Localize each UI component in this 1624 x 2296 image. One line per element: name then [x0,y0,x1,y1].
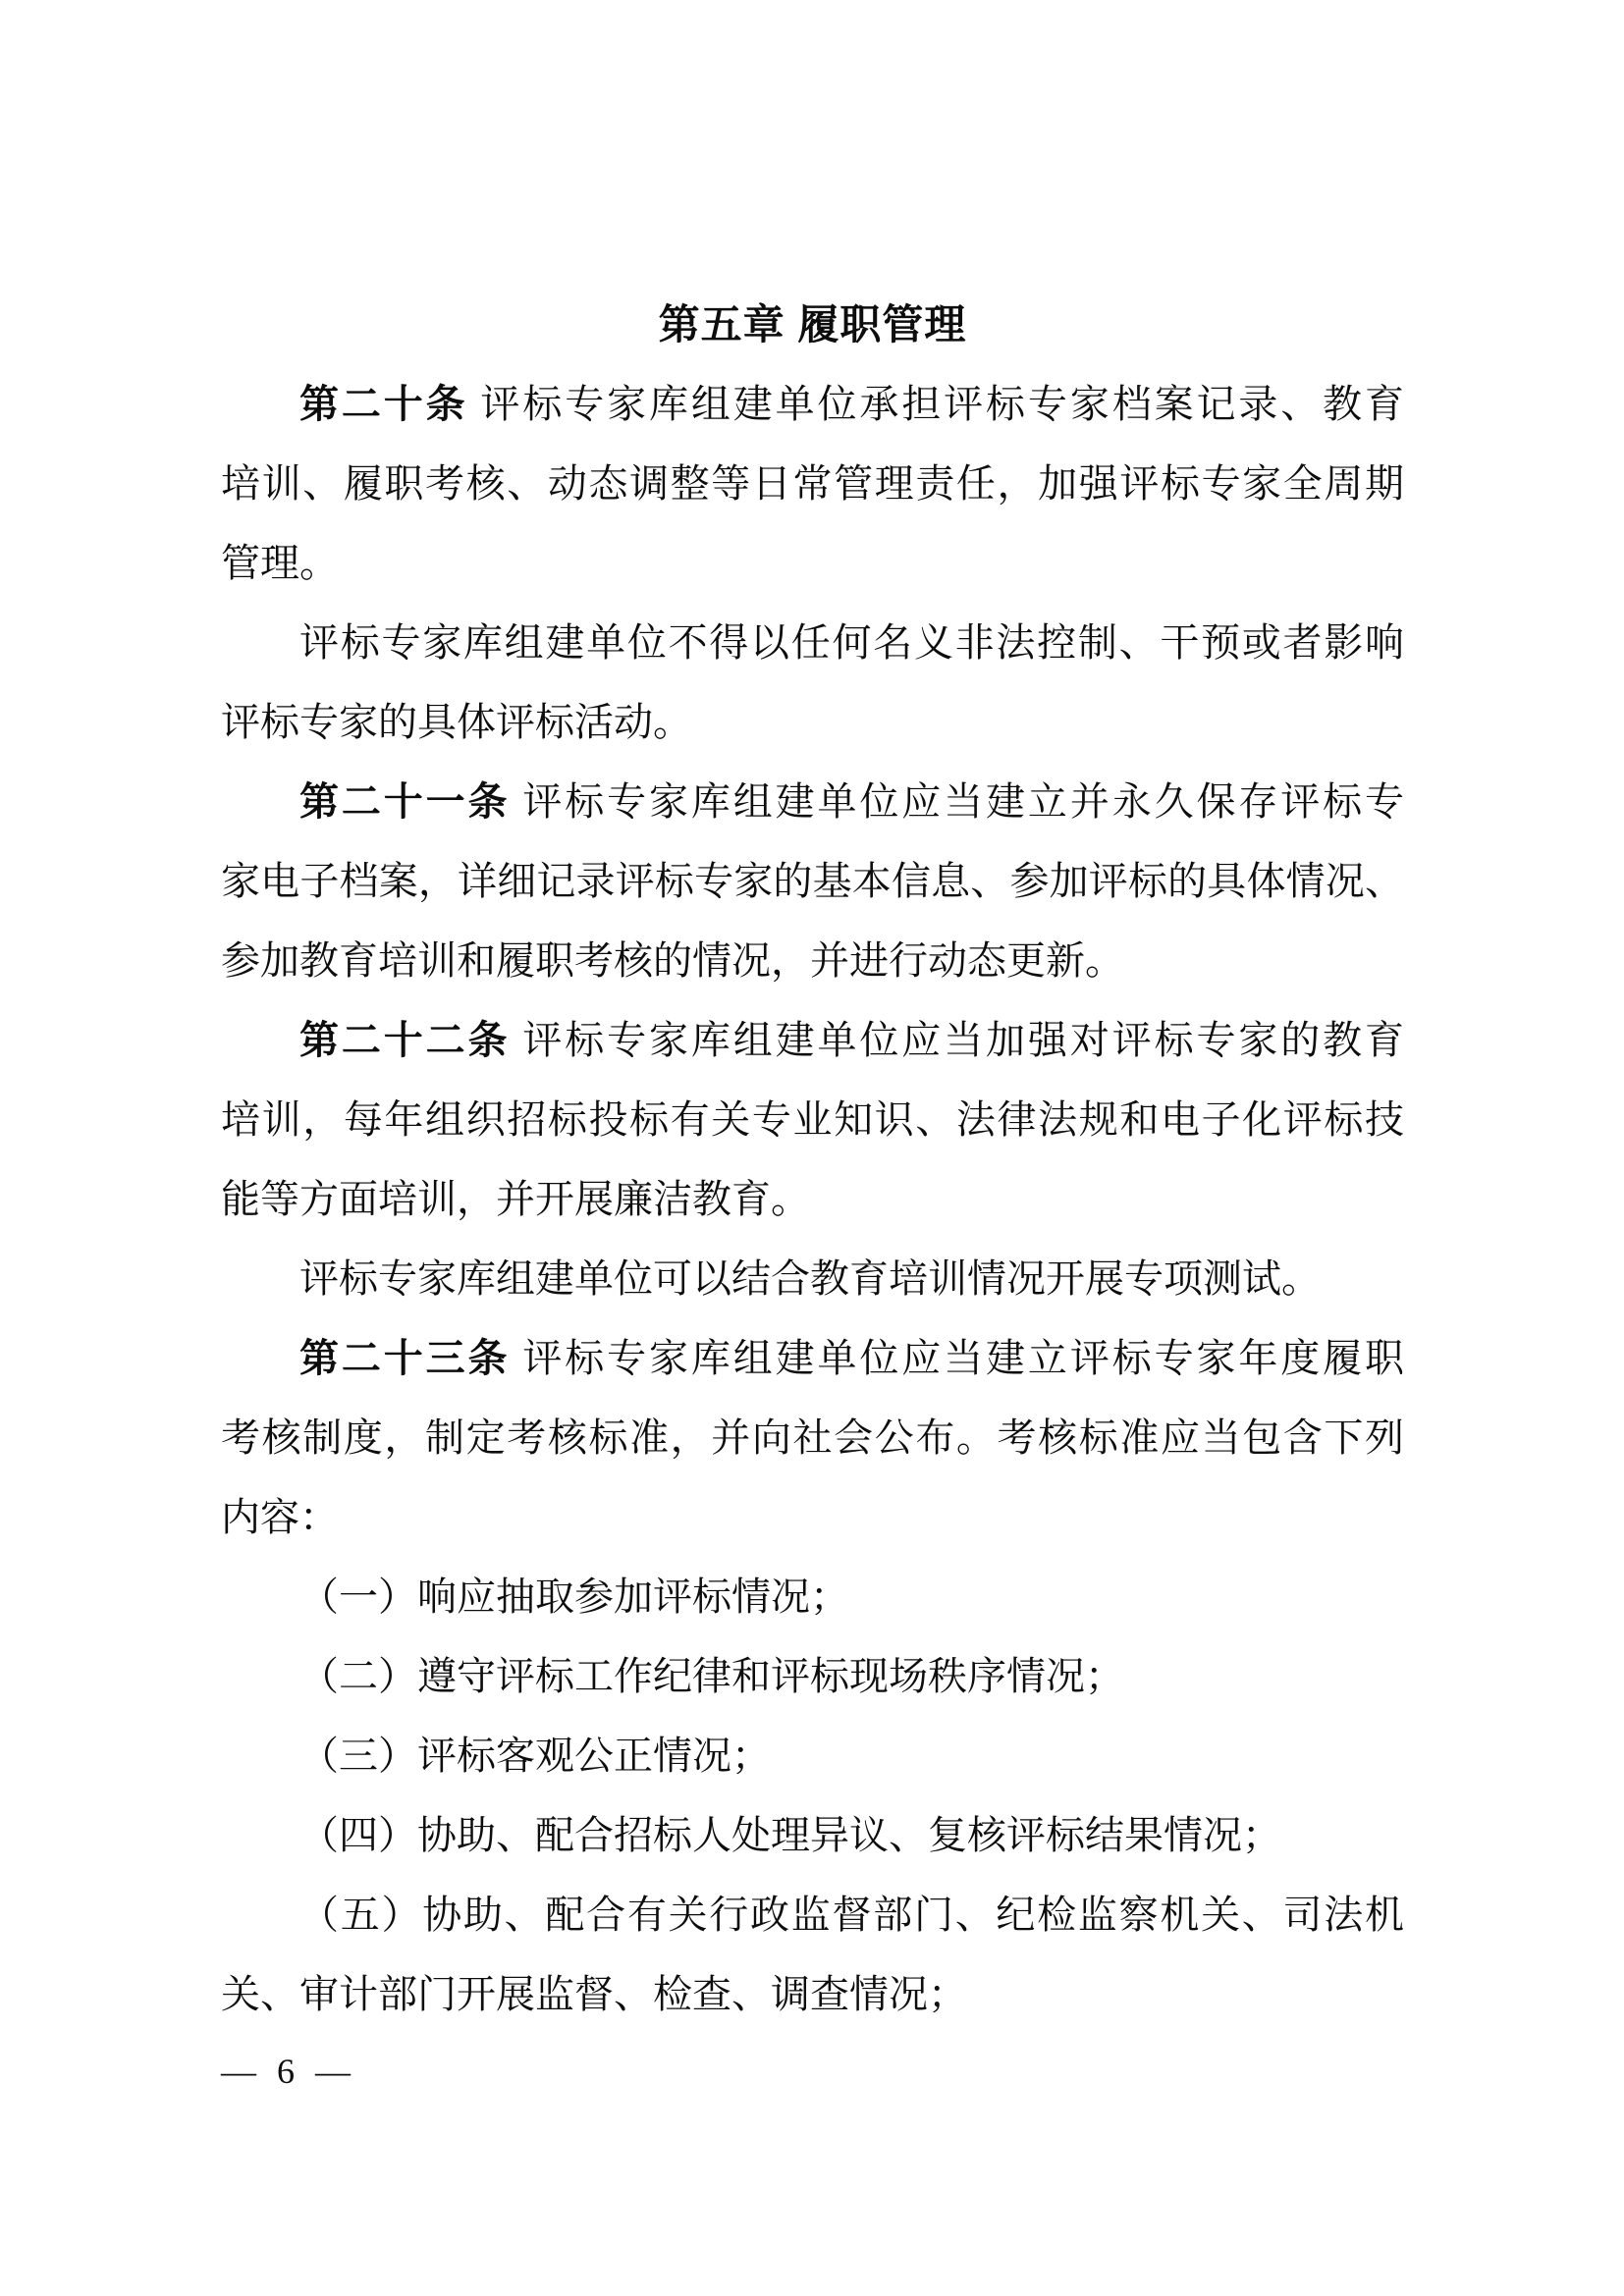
text-segment: 家电子档案，详细记录评标专家的基本信息、参加评标的具体情况、 [221,859,1404,903]
text-line: （五）协助、配合有关行政监督部门、纪检监察机关、司法机 [221,1875,1404,1954]
text-line: 考核制度，制定考核标准，并向社会公布。考核标准应当包含下列 [221,1398,1404,1477]
article-number: 第二十二条 [299,1019,510,1062]
text-line: 关、审计部门开展监督、检查、调查情况； [221,1954,1404,2034]
text-line: （一）响应抽取参加评标情况； [221,1557,1404,1636]
text-line: 评标专家库组建单位可以结合教育培训情况开展专项测试。 [221,1239,1404,1318]
text-line: 评标专家的具体评标活动。 [221,682,1404,762]
text-line: 家电子档案，详细记录评标专家的基本信息、参加评标的具体情况、 [221,841,1404,921]
text-segment: （三）评标客观公正情况； [299,1734,771,1778]
text-segment: （一）响应抽取参加评标情况； [299,1575,849,1619]
text-segment: 参加教育培训和履职考核的情况，并进行动态更新。 [221,938,1124,983]
text-segment: 管理。 [221,541,339,585]
text-segment: 评标专家库组建单位承担评标专家档案记录、教育 [468,382,1404,426]
text-line: 第二十二条 评标专家库组建单位应当加强对评标专家的教育 [221,1000,1404,1080]
text-segment: 评标专家库组建单位应当建立并永久保存评标专 [510,779,1404,824]
text-segment: （二）遵守评标工作纪律和评标现场秩序情况； [299,1654,1124,1698]
text-segment: 评标专家库组建单位可以结合教育培训情况开展专项测试。 [299,1256,1321,1301]
text-line: 第二十三条 评标专家库组建单位应当建立评标专家年度履职 [221,1318,1404,1398]
text-line: （四）协助、配合招标人处理异议、复核评标结果情况； [221,1795,1404,1875]
text-segment: 内容： [221,1495,339,1539]
text-line: 第二十条 评标专家库组建单位承担评标专家档案记录、教育 [221,364,1404,444]
text-segment: （五）协助、配合有关行政监督部门、纪检监察机关、司法机 [299,1893,1404,1937]
text-segment: 评标专家库组建单位不得以任何名义非法控制、干预或者影响 [299,620,1404,665]
text-segment: 能等方面培训，并开展廉洁教育。 [221,1177,810,1221]
document-body: 第二十条 评标专家库组建单位承担评标专家档案记录、教育培训、履职考核、动态调整等… [221,364,1404,2034]
text-line: 第二十一条 评标专家库组建单位应当建立并永久保存评标专 [221,762,1404,841]
text-segment: 考核制度，制定考核标准，并向社会公布。考核标准应当包含下列 [221,1415,1404,1460]
text-line: 评标专家库组建单位不得以任何名义非法控制、干预或者影响 [221,603,1404,682]
text-line: 管理。 [221,523,1404,603]
text-segment: 培训、履职考核、动态调整等日常管理责任，加强评标专家全周期 [221,461,1404,506]
page-number: — 6 — [221,2048,356,2095]
article-number: 第二十一条 [299,780,510,824]
text-line: 参加教育培训和履职考核的情况，并进行动态更新。 [221,921,1404,1000]
chapter-heading: 第五章 履职管理 [221,285,1404,364]
text-segment: 关、审计部门开展监督、检查、调查情况； [221,1972,967,2016]
text-line: 培训、履职考核、动态调整等日常管理责任，加强评标专家全周期 [221,444,1404,523]
text-segment: 评标专家库组建单位应当建立评标专家年度履职 [510,1336,1404,1380]
text-line: （三）评标客观公正情况； [221,1716,1404,1795]
text-segment: （四）协助、配合招标人处理异议、复核评标结果情况； [299,1813,1281,1857]
article-number: 第二十三条 [299,1337,510,1380]
text-line: （二）遵守评标工作纪律和评标现场秩序情况； [221,1636,1404,1716]
article-number: 第二十条 [299,383,468,426]
document-page: 第五章 履职管理 第二十条 评标专家库组建单位承担评标专家档案记录、教育培训、履… [0,0,1624,2296]
text-segment: 评标专家库组建单位应当加强对评标专家的教育 [510,1018,1404,1062]
text-line: 内容： [221,1477,1404,1557]
text-segment: 培训，每年组织招标投标有关专业知识、法律法规和电子化评标技 [221,1097,1404,1142]
document-content: 第五章 履职管理 第二十条 评标专家库组建单位承担评标专家档案记录、教育培训、履… [221,285,1404,2034]
text-segment: 评标专家的具体评标活动。 [221,700,692,744]
text-line: 能等方面培训，并开展廉洁教育。 [221,1159,1404,1239]
text-line: 培训，每年组织招标投标有关专业知识、法律法规和电子化评标技 [221,1080,1404,1159]
